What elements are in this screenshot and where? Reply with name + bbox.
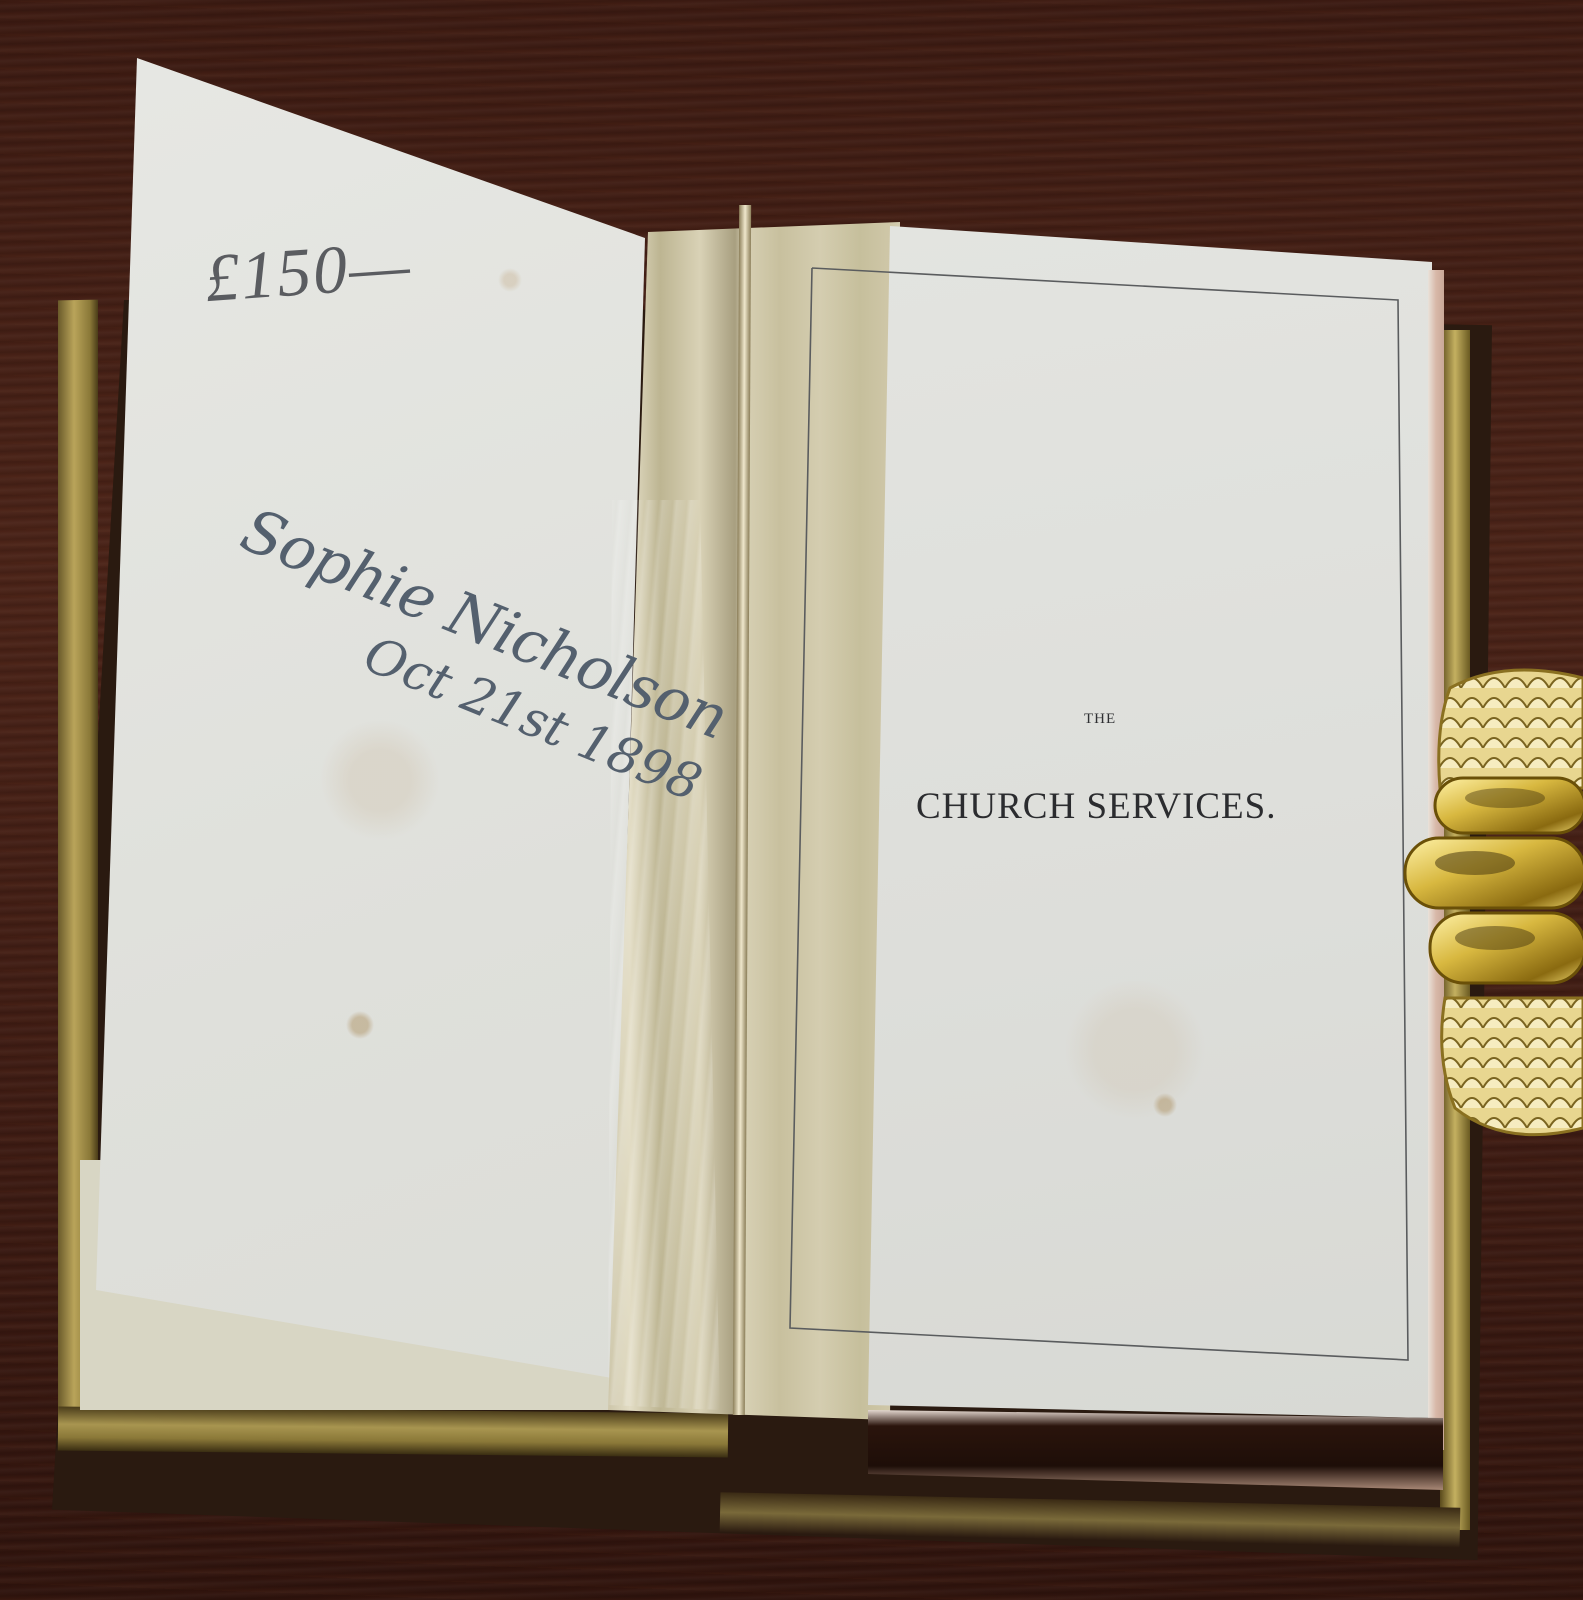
book-title: CHURCH SERVICES. <box>916 785 1277 828</box>
gilt-edge-bottom <box>58 1406 728 1457</box>
photo-scene: £150— Sophie Nicholson Oct 21st 1898 THE… <box>0 0 1583 1600</box>
title-article: THE <box>1084 711 1116 728</box>
brass-clasp-icon <box>1395 668 1583 1148</box>
price-pencil-note: £150— <box>202 225 413 318</box>
